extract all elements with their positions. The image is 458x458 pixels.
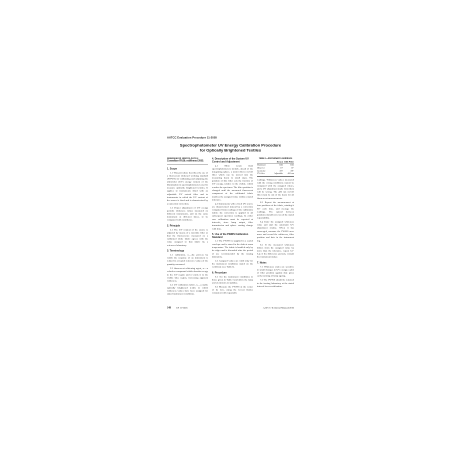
table-cell-value: Adjustable: [272, 172, 283, 175]
paragraph: 2.1 The UV content of the source is adju…: [167, 228, 208, 247]
section-heading-terminology: 3. Terminology: [167, 250, 208, 253]
paragraph: 7.1 Whiteness scales are sensitive to sm…: [257, 265, 294, 277]
table-cell-value: 420 nm: [283, 172, 294, 175]
paragraph: 3.3 UV calibration fabric, n.—a stable o…: [167, 283, 208, 295]
paragraph: 3.1 calibration, n.—the process by which…: [167, 254, 208, 266]
table-title: Table I—Instrument Conditions: [257, 157, 294, 159]
footer-left: 348 EP 11-2005: [167, 306, 188, 309]
paragraph: 6.5 If the measured whiteness differs fr…: [257, 243, 294, 258]
paragraph: 6.2 Measure the FWWS at the center of it…: [212, 286, 253, 295]
screenshot-canvas: AATCC Evaluation Procedure 11-2005 Spect…: [0, 0, 458, 458]
section-heading-principle: 2. Principle: [167, 224, 208, 227]
footer-page-number: 348: [167, 306, 171, 309]
text-columns: Developed in 1993 by AATCC Committee RA3…: [167, 157, 294, 303]
footer-procedure-code: EP 11-2005: [176, 307, 187, 310]
paragraph: 4.2 Instruments with a fixed UV source a…: [212, 202, 253, 230]
table-row: UV filter Adjustable 420 nm: [257, 172, 294, 175]
paragraph: 6.1 Set the instrument conditions to tho…: [212, 275, 253, 284]
running-header: AATCC Evaluation Procedure 11-2005: [167, 136, 294, 139]
paragraph: readings. Whiteness values measured with…: [257, 178, 294, 200]
section-heading-procedure: 6. Procedure: [212, 271, 253, 274]
paragraph: 3.2 fluorescent whitening agent, n.—a co…: [167, 267, 208, 282]
paragraph: 1.1 This procedure describes the use of …: [167, 171, 208, 205]
page-footer: 348 EP 11-2005 AATCC Technical Manual/20…: [167, 306, 294, 309]
section-heading-fwws: 5. Use of the FWWS Calibration Standard: [212, 233, 253, 239]
document-page: AATCC Evaluation Procedure 11-2005 Spect…: [167, 136, 294, 320]
column-center: 4. Description of the System UV Control …: [212, 157, 253, 303]
document-title: Spectrophotometer UV Energy Calibration …: [167, 143, 294, 152]
paragraph: 7.2 The FWWS should be returned to the i…: [257, 279, 294, 288]
paragraph: 5.2 Assigned values are valid only for t…: [212, 259, 253, 268]
paragraph: 5.1 The FWWS is supplied in a sealed env…: [212, 240, 253, 259]
column-left: Developed in 1993 by AATCC Committee RA3…: [167, 157, 208, 303]
section-heading-scope: 1. Scope: [167, 167, 208, 170]
title-line-2: for Optically Brightened Textiles: [167, 148, 294, 153]
paragraph: 6.4 Enter the assigned whiteness value a…: [257, 221, 294, 243]
paragraph: 1.2 Proper adjustment of UV energy permi…: [167, 206, 208, 221]
section-heading-description: 4. Description of the System UV Control …: [212, 157, 253, 163]
table-cell-label: UV filter: [257, 172, 272, 175]
column-right: Table I—Instrument Conditions Xenon D65 …: [257, 157, 294, 303]
footer-manual-name: AATCC Technical Manual/2010: [263, 307, 294, 310]
developed-by-block: Developed in 1993 by AATCC Committee RA3…: [167, 157, 208, 164]
paragraph: 6.3 Repeat the measurement at four posit…: [257, 201, 294, 220]
section-heading-notes: 7. Notes: [257, 261, 294, 264]
paragraph: 4.1 Most xenon flash spectrophotometers …: [212, 164, 253, 201]
instrument-conditions-table: Table I—Instrument Conditions Xenon D65 …: [257, 157, 294, 176]
